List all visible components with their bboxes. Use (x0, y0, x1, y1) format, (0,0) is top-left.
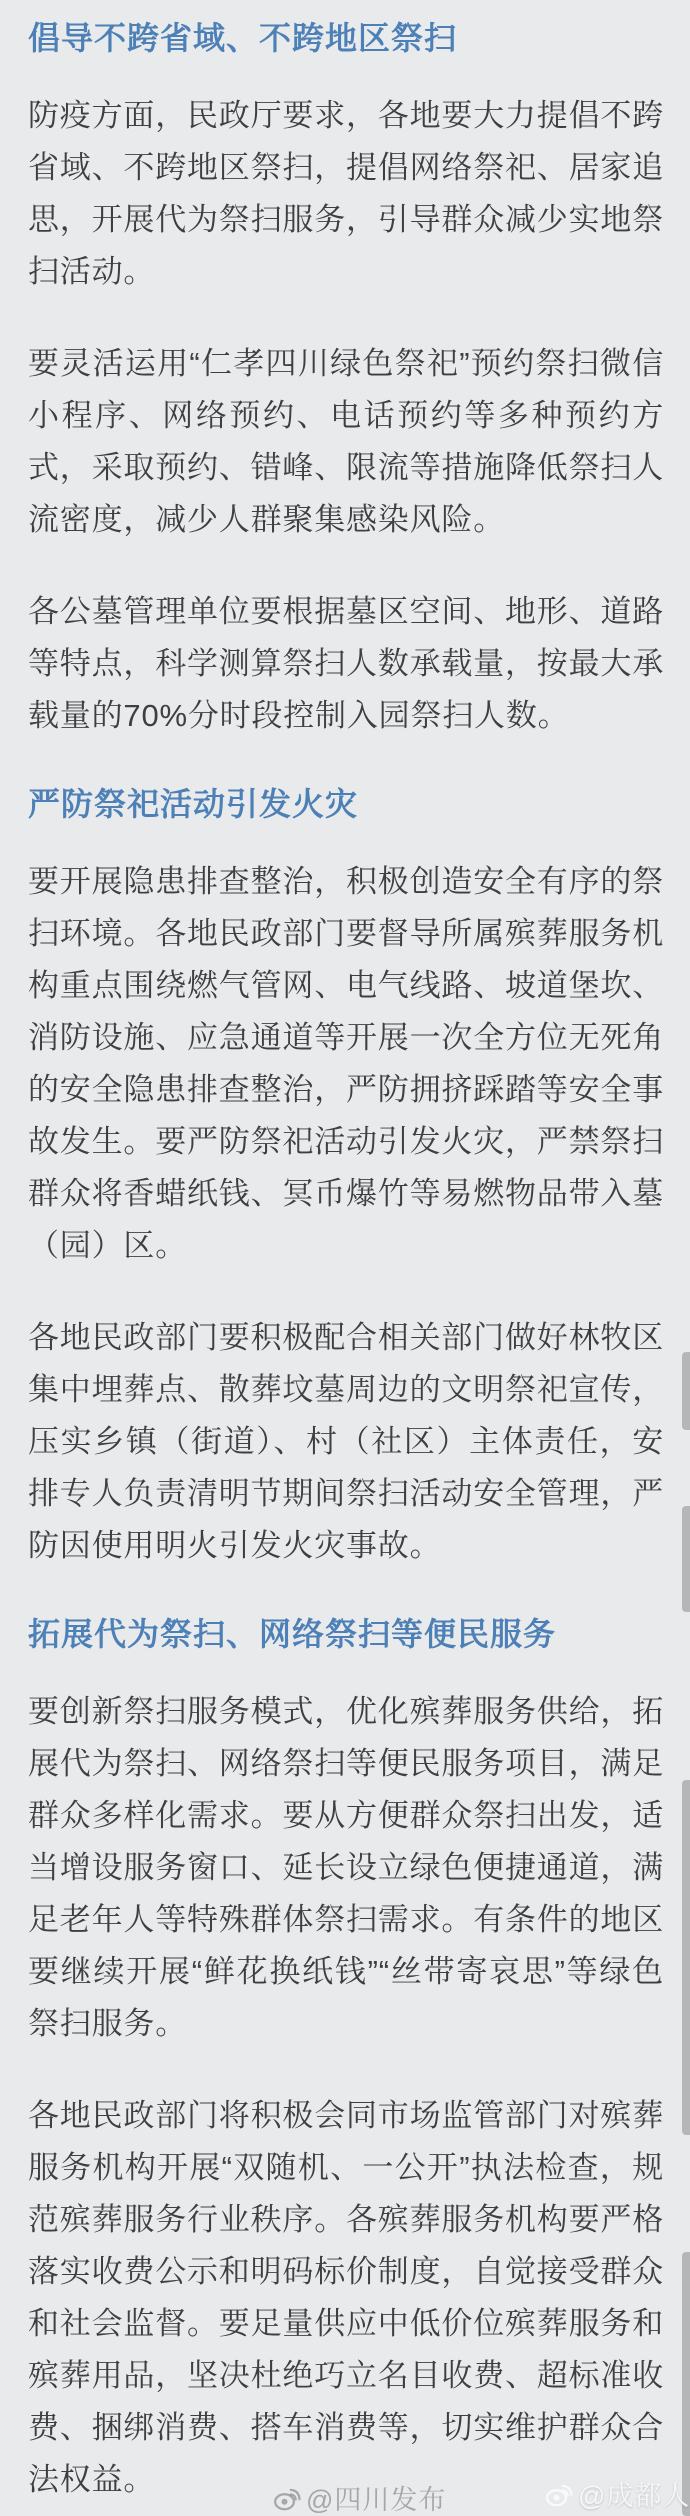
scrollbar-thumb[interactable] (682, 1506, 690, 1612)
scrollbar-thumb[interactable] (682, 1352, 690, 1430)
section-convenience-services: 拓展代为祭扫、网络祭扫等便民服务 要创新祭扫服务模式，优化殡葬服务供给，拓展代为… (28, 1612, 664, 2506)
paragraph: 各地民政部门将积极会同市场监管部门对殡葬服务机构开展“双随机、一公开”执法检查，… (28, 2090, 664, 2506)
section-heading: 拓展代为祭扫、网络祭扫等便民服务 (28, 1612, 664, 1656)
paragraph: 要开展隐患排查整治，积极创造安全有序的祭扫环境。各地民政部门要督导所属殡葬服务机… (28, 856, 664, 1272)
scrollbar-thumb[interactable] (682, 2252, 690, 2516)
article-page: 倡导不跨省域、不跨地区祭扫 防疫方面，民政厅要求，各地要大力提倡不跨省域、不跨地… (0, 0, 690, 2516)
section-heading: 倡导不跨省域、不跨地区祭扫 (28, 16, 664, 60)
paragraph: 要创新祭扫服务模式，优化殡葬服务供给，拓展代为祭扫、网络祭扫等便民服务项目，满足… (28, 1686, 664, 2050)
paragraph: 各地民政部门要积极配合相关部门做好林牧区集中埋葬点、散葬坟墓周边的文明祭祀宣传，… (28, 1312, 664, 1572)
paragraph: 要灵活运用“仁孝四川绿色祭祀”预约祭扫微信小程序、网络预约、电话预约等多种预约方… (28, 338, 664, 546)
scrollbar-thumb[interactable] (682, 1780, 690, 2135)
paragraph: 各公墓管理单位要根据墓区空间、地形、道路等特点，科学测算祭扫人数承载量，按最大承… (28, 586, 664, 742)
section-fire-prevention: 严防祭祀活动引发火灾 要开展隐患排查整治，积极创造安全有序的祭扫环境。各地民政部… (28, 782, 664, 1572)
paragraph: 防疫方面，民政厅要求，各地要大力提倡不跨省域、不跨地区祭扫，提倡网络祭祀、居家追… (28, 90, 664, 298)
section-advocate-local-sweeping: 倡导不跨省域、不跨地区祭扫 防疫方面，民政厅要求，各地要大力提倡不跨省域、不跨地… (28, 16, 664, 742)
section-heading: 严防祭祀活动引发火灾 (28, 782, 664, 826)
